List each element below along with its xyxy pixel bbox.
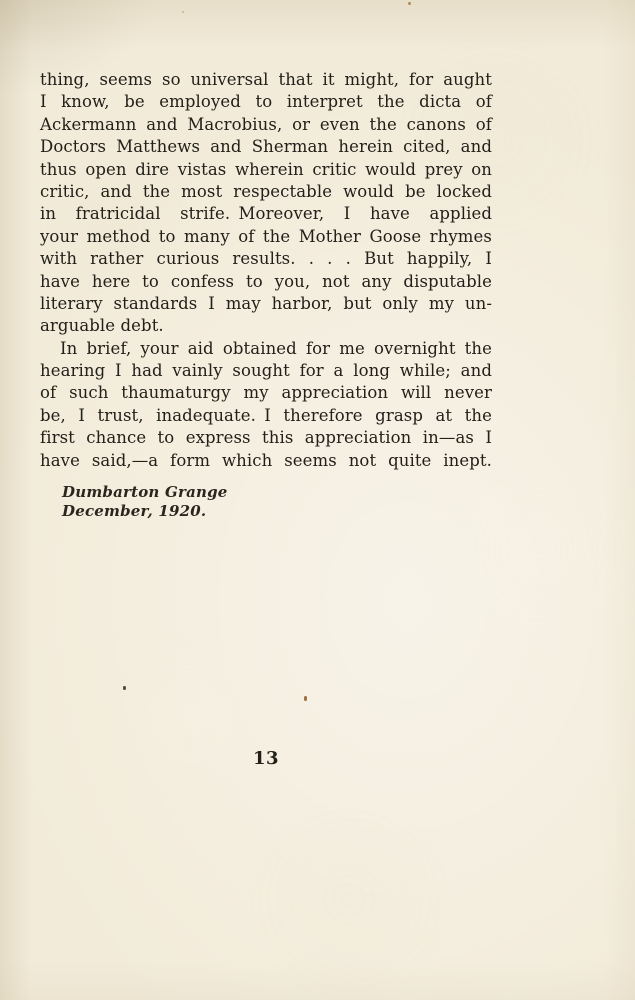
text-line: Doctors Matthews and Sherman herein cite… [40, 136, 492, 158]
text-line: first chance to express this appreciatio… [40, 427, 492, 449]
paragraph-continued: thing, seems so universal that it might,… [40, 69, 492, 338]
text-line: I know, be employed to interpret the dic… [40, 91, 492, 113]
paper-speck [408, 2, 411, 5]
letter-body: thing, seems so universal that it might,… [40, 69, 492, 472]
book-page: thing, seems so universal that it might,… [0, 0, 635, 1000]
signature-block: Dumbarton Grange December, 1920. [62, 483, 228, 520]
text-line: have here to confess to you, not any dis… [40, 271, 492, 293]
text-line: literary standards I may harbor, but onl… [40, 293, 492, 315]
text-line: be, I trust, inadequate. I therefore gra… [40, 405, 492, 427]
text-line: with rather curious results. . . . But h… [40, 248, 492, 270]
text-line: thing, seems so universal that it might,… [40, 69, 492, 91]
paper-speck [123, 686, 126, 690]
paragraph-in-brief: In brief, your aid obtained for me overn… [40, 338, 492, 472]
text-line: In brief, your aid obtained for me overn… [40, 338, 492, 360]
text-line: critic, and the most respectable would b… [40, 181, 492, 203]
text-line: have said,—a form which seems not quite … [40, 450, 492, 472]
text-line: Ackermann and Macrobius, or even the can… [40, 114, 492, 136]
signature-date: December, 1920. [62, 502, 228, 521]
text-line: of such thaumaturgy my appreciation will… [40, 382, 492, 404]
paper-speck [304, 696, 307, 701]
text-line: arguable debt. [40, 315, 492, 337]
text-line: your method to many of the Mother Goose … [40, 226, 492, 248]
paper-speck [182, 11, 184, 13]
text-line: thus open dire vistas wherein critic wou… [40, 159, 492, 181]
text-line: in fratricidal strife. Moreover, I have … [40, 203, 492, 225]
page-number: 13 [40, 748, 492, 769]
signature-place: Dumbarton Grange [62, 483, 228, 502]
text-line: hearing I had vainly sought for a long w… [40, 360, 492, 382]
